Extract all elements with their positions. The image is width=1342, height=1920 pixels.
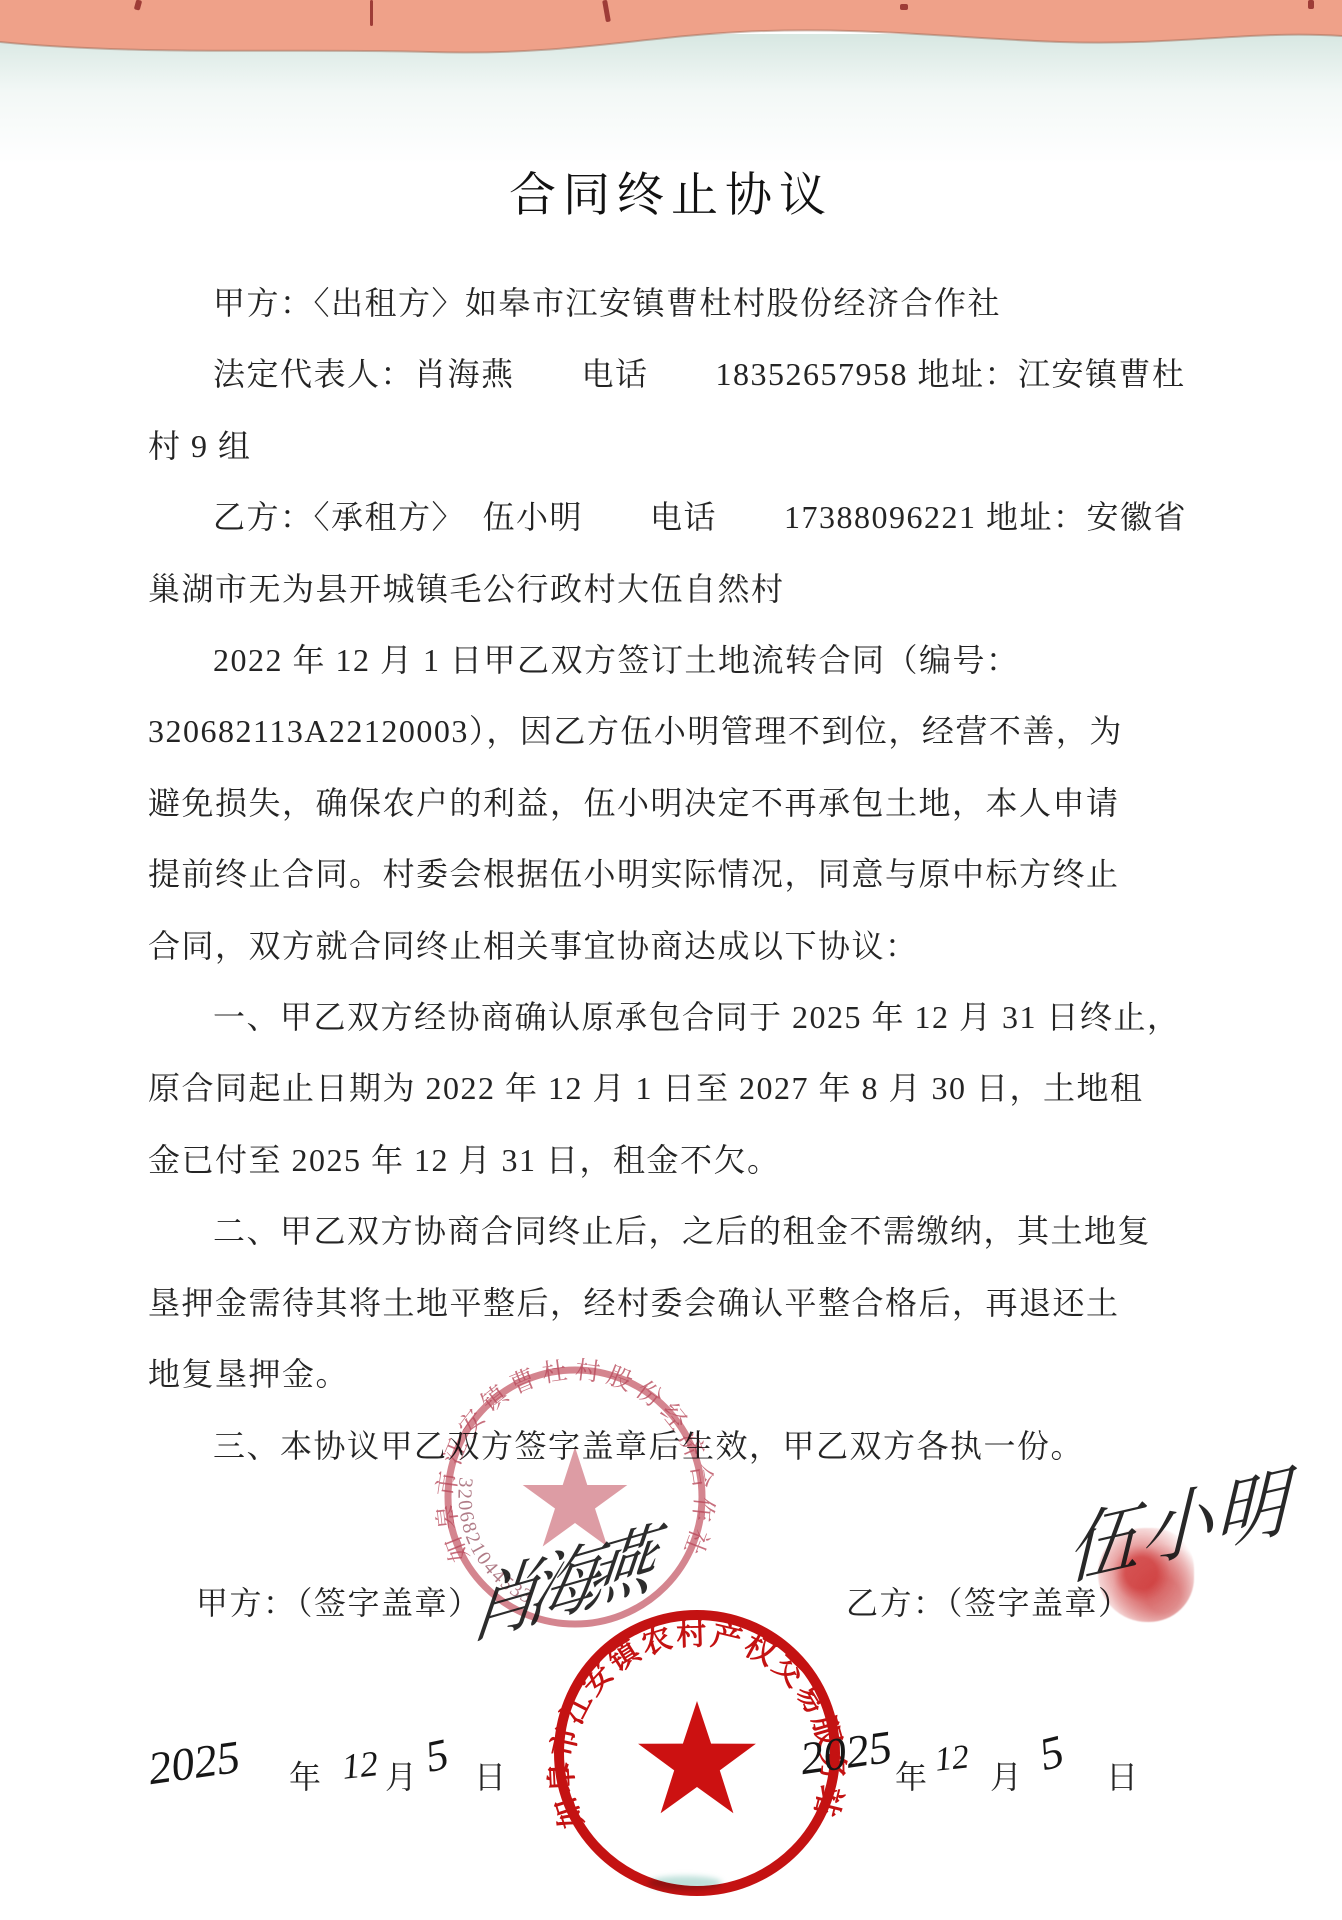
document-title: 合同终止协议 bbox=[0, 158, 1342, 225]
seal-star-icon bbox=[638, 1701, 756, 1813]
body-line: 一、甲乙双方经协商确认原承包合同于 2025 年 12 月 31 日终止， bbox=[148, 982, 1223, 1053]
body-line: 避免损失，确保农户的利益，伍小明决定不再承包土地，本人申请 bbox=[148, 768, 1223, 839]
day-char: 日 bbox=[1106, 1752, 1138, 1798]
contract-body: 甲方：〈出租方〉如皋市江安镇曹杜村股份经济合作社法定代表人：肖海燕 电话 183… bbox=[148, 268, 1223, 1482]
month-char: 月 bbox=[990, 1752, 1022, 1798]
body-line: 原合同起止日期为 2022 年 12 月 1 日至 2027 年 8 月 30 … bbox=[148, 1053, 1223, 1124]
body-line: 法定代表人：肖海燕 电话 18352657958 地址：江安镇曹杜 bbox=[148, 339, 1223, 410]
body-line: 二、甲乙双方协商合同终止后，之后的租金不需缴纳，其土地复 bbox=[148, 1196, 1223, 1267]
body-line: 村 9 组 bbox=[148, 411, 1223, 482]
body-line: 乙方：〈承租方〉 伍小明 电话 17388096221 地址：安徽省 bbox=[148, 482, 1223, 553]
party-b-date-month-handwritten: 12 bbox=[933, 1738, 971, 1779]
party-b-date-year-handwritten: 2025 bbox=[797, 1720, 895, 1785]
party-a-date-year-handwritten: 2025 bbox=[145, 1730, 243, 1795]
body-line: 金已付至 2025 年 12 月 31 日，租金不欠。 bbox=[148, 1125, 1223, 1196]
year-char: 年 bbox=[289, 1752, 321, 1798]
month-char: 月 bbox=[385, 1752, 417, 1798]
body-line: 巢湖市无为县开城镇毛公行政村大伍自然村 bbox=[148, 554, 1223, 625]
day-char: 日 bbox=[474, 1752, 506, 1798]
scan-speck bbox=[370, 0, 373, 26]
scan-top-edge bbox=[0, 0, 1342, 90]
body-line: 垦押金需待其将土地平整后，经村委会确认平整合格后，再退还土 bbox=[148, 1268, 1223, 1339]
body-line: 320682113A22120003），因乙方伍小明管理不到位，经营不善，为 bbox=[148, 696, 1223, 767]
body-line: 甲方：〈出租方〉如皋市江安镇曹杜村股份经济合作社 bbox=[148, 268, 1223, 339]
scan-speck bbox=[1308, 0, 1314, 9]
party-a-date-day-handwritten: 5 bbox=[421, 1728, 453, 1782]
body-line: 2022 年 12 月 1 日甲乙双方签订土地流转合同（编号： bbox=[148, 625, 1223, 696]
scan-speck bbox=[900, 4, 908, 10]
body-line: 合同，双方就合同终止相关事宜协商达成以下协议： bbox=[148, 911, 1223, 982]
body-line: 提前终止合同。村委会根据伍小明实际情况，同意与原中标方终止 bbox=[148, 839, 1223, 910]
party-b-date-day-handwritten: 5 bbox=[1034, 1724, 1069, 1781]
party-a-date-month-handwritten: 12 bbox=[340, 1742, 380, 1788]
year-char: 年 bbox=[895, 1752, 927, 1798]
scanned-contract-page: 合同终止协议 甲方：〈出租方〉如皋市江安镇曹杜村股份经济合作社法定代表人：肖海燕… bbox=[0, 0, 1342, 1920]
